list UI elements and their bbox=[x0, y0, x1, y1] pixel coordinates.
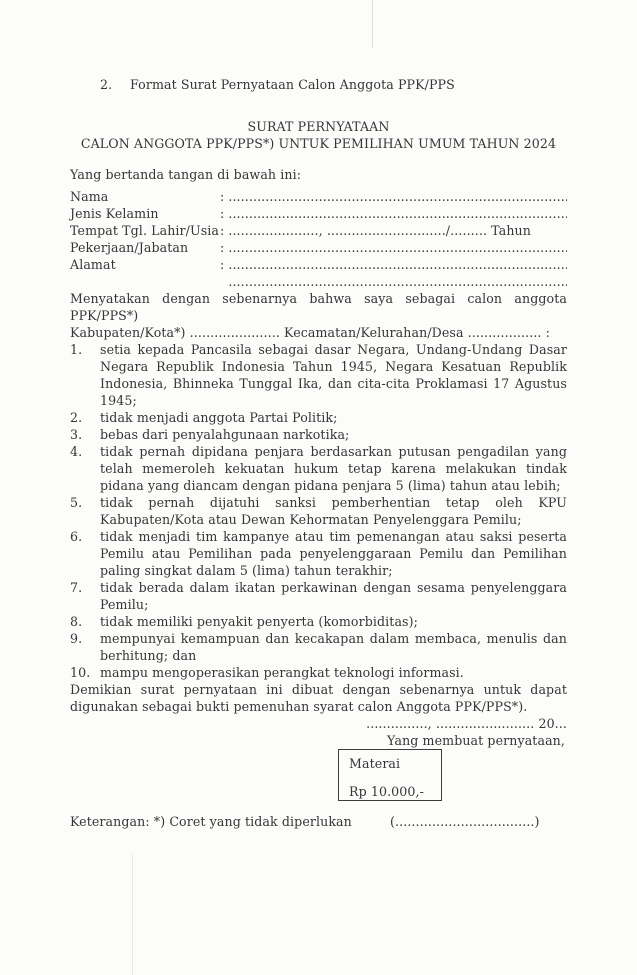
field-dotted-line: ........................................… bbox=[228, 256, 567, 273]
list-item: 6. tidak menjadi tim kampanye atau tim p… bbox=[70, 528, 567, 579]
list-item-number: 2. bbox=[70, 409, 100, 426]
list-item-number: 10. bbox=[70, 664, 100, 681]
list-item-text: mampu mengoperasikan perangkat teknologi… bbox=[100, 664, 567, 681]
field-dotted-line: ......................, ................… bbox=[228, 222, 567, 239]
stamp-box-line2: Rp 10.000,- bbox=[349, 783, 441, 800]
letter-body: 2.Format Surat Pernyataan Calon Anggota … bbox=[70, 76, 567, 830]
list-item-number: 3. bbox=[70, 426, 100, 443]
field-label: Jenis Kelamin bbox=[70, 205, 220, 222]
list-item-number: 7. bbox=[70, 579, 100, 613]
section-number: 2. bbox=[100, 76, 130, 93]
list-item: 2. tidak menjadi anggota Partai Politik; bbox=[70, 409, 567, 426]
list-item-number: 5. bbox=[70, 494, 100, 528]
list-item-number: 9. bbox=[70, 630, 100, 664]
list-item-text: tidak menjadi tim kampanye atau tim peme… bbox=[100, 528, 567, 579]
list-item: 7. tidak berada dalam ikatan perkawinan … bbox=[70, 579, 567, 613]
list-item-text: tidak memiliki penyakit penyerta (komorb… bbox=[100, 613, 567, 630]
footer-note: Keterangan: *) Coret yang tidak diperluk… bbox=[70, 813, 352, 830]
field-dotted-line: ........................................… bbox=[228, 239, 567, 256]
letter-subtitle: CALON ANGGOTA PPK/PPS*) UNTUK PEMILIHAN … bbox=[70, 135, 567, 152]
field-row-pekerjaan: Pekerjaan/Jabatan : ....................… bbox=[70, 239, 567, 256]
scan-artifact-line-bottom bbox=[132, 853, 133, 975]
stamp-box-line1: Materai bbox=[349, 755, 441, 772]
list-item-number: 4. bbox=[70, 443, 100, 494]
list-item-text: tidak berada dalam ikatan perkawinan den… bbox=[100, 579, 567, 613]
field-row-tempat-tgl-lahir: Tempat Tgl. Lahir/Usia : ...............… bbox=[70, 222, 567, 239]
list-item: 4. tidak pernah dipidana penjara berdasa… bbox=[70, 443, 567, 494]
statement-paragraph: Menyatakan dengan sebenarnya bahwa saya … bbox=[70, 290, 567, 341]
list-item: 3. bebas dari penyalahgunaan narkotika; bbox=[70, 426, 567, 443]
field-row-jenis-kelamin: Jenis Kelamin : ........................… bbox=[70, 205, 567, 222]
field-label bbox=[70, 273, 220, 290]
statement-line1: Menyatakan dengan sebenarnya bahwa saya … bbox=[70, 290, 567, 324]
signature-label: Yang membuat pernyataan, bbox=[70, 732, 567, 749]
list-item-number: 8. bbox=[70, 613, 100, 630]
list-item: 1. setia kepada Pancasila sebagai dasar … bbox=[70, 341, 567, 409]
field-colon: : bbox=[220, 239, 228, 256]
list-item-text: tidak menjadi anggota Partai Politik; bbox=[100, 409, 567, 426]
list-item-number: 1. bbox=[70, 341, 100, 409]
field-label: Tempat Tgl. Lahir/Usia bbox=[70, 222, 220, 239]
field-colon: : bbox=[220, 256, 228, 273]
list-item: 5. tidak pernah dijatuhi sanksi pemberhe… bbox=[70, 494, 567, 528]
field-row-alamat-continued: : ......................................… bbox=[70, 273, 567, 290]
list-item-text: bebas dari penyalahgunaan narkotika; bbox=[100, 426, 567, 443]
scan-artifact-line-top bbox=[372, 0, 373, 48]
list-item: 9. mempunyai kemampuan dan kecakapan dal… bbox=[70, 630, 567, 664]
list-item: 8. tidak memiliki penyakit penyerta (kom… bbox=[70, 613, 567, 630]
statement-line2: Kabupaten/Kota*) ...................... … bbox=[70, 324, 567, 341]
declaration-list: 1. setia kepada Pancasila sebagai dasar … bbox=[70, 341, 567, 681]
materai-stamp-box: Materai Rp 10.000,- bbox=[338, 749, 442, 801]
field-colon: : bbox=[220, 188, 228, 205]
list-item: 10. mampu mengoperasikan perangkat tekno… bbox=[70, 664, 567, 681]
field-label: Nama bbox=[70, 188, 220, 205]
field-dotted-line: ........................................… bbox=[228, 205, 567, 222]
field-row-nama: Nama : .................................… bbox=[70, 188, 567, 205]
field-dotted-line: ........................................… bbox=[228, 188, 567, 205]
section-heading: 2.Format Surat Pernyataan Calon Anggota … bbox=[70, 76, 567, 93]
intro-line: Yang bertanda tangan di bawah ini: bbox=[70, 166, 567, 183]
field-label: Alamat bbox=[70, 256, 220, 273]
field-dotted-line: ........................................… bbox=[228, 273, 567, 290]
field-label: Pekerjaan/Jabatan bbox=[70, 239, 220, 256]
field-row-alamat: Alamat : ...............................… bbox=[70, 256, 567, 273]
field-colon: : bbox=[220, 222, 228, 239]
closing-paragraph: Demikian surat pernyataan ini dibuat den… bbox=[70, 681, 567, 715]
footer-row: Keterangan: *) Coret yang tidak diperluk… bbox=[70, 813, 567, 830]
list-item-text: tidak pernah dijatuhi sanksi pemberhenti… bbox=[100, 494, 567, 528]
identity-fields: Nama : .................................… bbox=[70, 188, 567, 290]
letter-title: SURAT PERNYATAAN bbox=[70, 118, 567, 135]
list-item-text: setia kepada Pancasila sebagai dasar Neg… bbox=[100, 341, 567, 409]
field-colon: : bbox=[220, 205, 228, 222]
letter-heading: SURAT PERNYATAAN CALON ANGGOTA PPK/PPS*)… bbox=[70, 118, 567, 152]
document-page: 2.Format Surat Pernyataan Calon Anggota … bbox=[0, 0, 637, 975]
section-title: Format Surat Pernyataan Calon Anggota PP… bbox=[130, 77, 455, 92]
list-item-text: tidak pernah dipidana penjara berdasarka… bbox=[100, 443, 567, 494]
signature-date-line: ..............., .......................… bbox=[70, 715, 567, 732]
list-item-number: 6. bbox=[70, 528, 100, 579]
list-item-text: mempunyai kemampuan dan kecakapan dalam … bbox=[100, 630, 567, 664]
signature-name-line: (..................................) bbox=[390, 813, 540, 830]
